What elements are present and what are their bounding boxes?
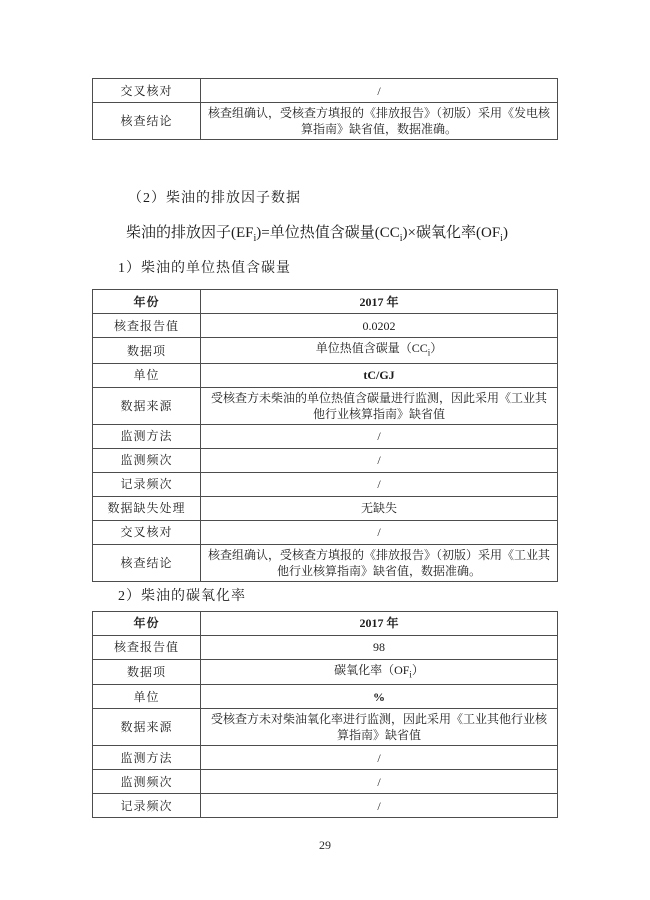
row-label-cell: 数据来源: [93, 387, 201, 424]
row-value-cell: 碳氧化率（OFi）: [201, 659, 558, 684]
table-row-year: 年份 2017 年: [93, 290, 558, 314]
row-label-cell: 数据缺失处理: [93, 496, 201, 520]
emission-factor-formula: 柴油的排放因子(EFi)=单位热值含碳量(CCi)×碳氧化率(OFi): [126, 224, 558, 245]
table-row-monitoring-method: 监测方法 /: [93, 746, 558, 770]
row-value-cell: 受核查方未对柴油氧化率进行监测，因此采用《工业其他行业核算指南》缺省值: [201, 709, 558, 746]
row-value-cell: /: [201, 472, 558, 496]
table-row-unit: 单位 %: [93, 685, 558, 709]
row-label-cell: 监测方法: [93, 746, 201, 770]
row-label-cell: 监测频次: [93, 448, 201, 472]
table-row-conclusion: 核查结论 核查组确认，受核查方填报的《排放报告》（初版）采用《工业其他行业核算指…: [93, 544, 558, 581]
row-value-cell: /: [201, 424, 558, 448]
table-row-monitoring-frequency: 监测频次 /: [93, 448, 558, 472]
row-label-cell: 记录频次: [93, 472, 201, 496]
formula-segment: )=单位热值含碳量(CC: [256, 225, 399, 241]
section-heading: （2）柴油的排放因子数据: [128, 190, 558, 208]
table-row-conclusion: 核查结论 核查组确认，受核查方填报的《排放报告》（初版）采用《发电核算指南》缺省…: [93, 103, 558, 140]
row-label-cell: 年份: [93, 290, 201, 314]
diesel-carbon-content-table: 年份 2017 年 核查报告值 0.0202 数据项 单位热值含碳量（CCi） …: [92, 289, 558, 581]
row-value-cell: %: [201, 685, 558, 709]
subsection-heading-of: 2）柴油的碳氧化率: [118, 588, 558, 606]
value-text: 单位热值含碳量（CC: [316, 341, 428, 355]
table-row-data-source: 数据来源 受核查方未柴油的单位热值含碳量进行监测，因此采用《工业其他行业核算指南…: [93, 387, 558, 424]
row-label-cell: 监测方法: [93, 424, 201, 448]
row-value-cell: tC/GJ: [201, 363, 558, 387]
row-label-cell: 单位: [93, 685, 201, 709]
row-label-cell: 记录频次: [93, 794, 201, 818]
row-value-cell: 受核查方未柴油的单位热值含碳量进行监测，因此采用《工业其他行业核算指南》缺省值: [201, 387, 558, 424]
subsection-heading-cc: 1）柴油的单位热值含碳量: [118, 260, 558, 278]
table-row-cross-check: 交叉核对 /: [93, 520, 558, 544]
value-text: ）: [430, 341, 442, 355]
row-label-cell: 交叉核对: [93, 79, 201, 103]
row-value-cell: 无缺失: [201, 496, 558, 520]
table-row-data-source: 数据来源 受核查方未对柴油氧化率进行监测，因此采用《工业其他行业核算指南》缺省值: [93, 709, 558, 746]
row-label-cell: 数据项: [93, 659, 201, 684]
row-value-cell: /: [201, 520, 558, 544]
continued-verification-table: 交叉核对 / 核查结论 核查组确认，受核查方填报的《排放报告》（初版）采用《发电…: [92, 78, 558, 140]
table-row-reported-value: 核查报告值 98: [93, 635, 558, 659]
row-label-cell: 核查报告值: [93, 635, 201, 659]
row-label-cell: 数据项: [93, 338, 201, 363]
row-value-cell: /: [201, 746, 558, 770]
row-label-cell: 核查结论: [93, 544, 201, 581]
row-label-cell: 监测频次: [93, 770, 201, 794]
row-label-cell: 数据来源: [93, 709, 201, 746]
table-row-record-frequency: 记录频次 /: [93, 472, 558, 496]
row-value-cell: 0.0202: [201, 314, 558, 338]
row-value-cell: /: [201, 770, 558, 794]
table-row-data-item: 数据项 单位热值含碳量（CCi）: [93, 338, 558, 363]
row-value-cell: 核查组确认，受核查方填报的《排放报告》（初版）采用《发电核算指南》缺省值，数据准…: [201, 103, 558, 140]
table-row-monitoring-method: 监测方法 /: [93, 424, 558, 448]
row-label-cell: 单位: [93, 363, 201, 387]
formula-segment: ): [503, 225, 508, 241]
table-row-cross-check: 交叉核对 /: [93, 79, 558, 103]
formula-segment: 柴油的排放因子(EF: [126, 225, 254, 241]
table-row-data-item: 数据项 碳氧化率（OFi）: [93, 659, 558, 684]
value-text: ）: [412, 663, 424, 677]
value-text: 碳氧化率（OF: [334, 663, 409, 677]
page-content: 交叉核对 / 核查结论 核查组确认，受核查方填报的《排放报告》（初版）采用《发电…: [92, 78, 558, 818]
row-value-cell: 2017 年: [201, 290, 558, 314]
table-row-missing-data: 数据缺失处理 无缺失: [93, 496, 558, 520]
row-value-cell: 核查组确认，受核查方填报的《排放报告》（初版）采用《工业其他行业核算指南》缺省值…: [201, 544, 558, 581]
row-label-cell: 交叉核对: [93, 520, 201, 544]
row-value-cell: /: [201, 79, 558, 103]
row-value-cell: /: [201, 448, 558, 472]
table-row-unit: 单位 tC/GJ: [93, 363, 558, 387]
row-label-cell: 年份: [93, 611, 201, 635]
formula-segment: )×碳氧化率(OF: [403, 225, 501, 241]
row-value-cell: 98: [201, 635, 558, 659]
row-value-cell: /: [201, 794, 558, 818]
table-row-reported-value: 核查报告值 0.0202: [93, 314, 558, 338]
row-value-cell: 2017 年: [201, 611, 558, 635]
table-row-year: 年份 2017 年: [93, 611, 558, 635]
page-number: 29: [0, 838, 650, 853]
row-label-cell: 核查报告值: [93, 314, 201, 338]
document-page: 交叉核对 / 核查结论 核查组确认，受核查方填报的《排放报告》（初版）采用《发电…: [0, 0, 650, 900]
row-label-cell: 核查结论: [93, 103, 201, 140]
row-value-cell: 单位热值含碳量（CCi）: [201, 338, 558, 363]
diesel-oxidation-rate-table: 年份 2017 年 核查报告值 98 数据项 碳氧化率（OFi） 单位 % 数据…: [92, 611, 558, 818]
table-row-record-frequency: 记录频次 /: [93, 794, 558, 818]
table-row-monitoring-frequency: 监测频次 /: [93, 770, 558, 794]
